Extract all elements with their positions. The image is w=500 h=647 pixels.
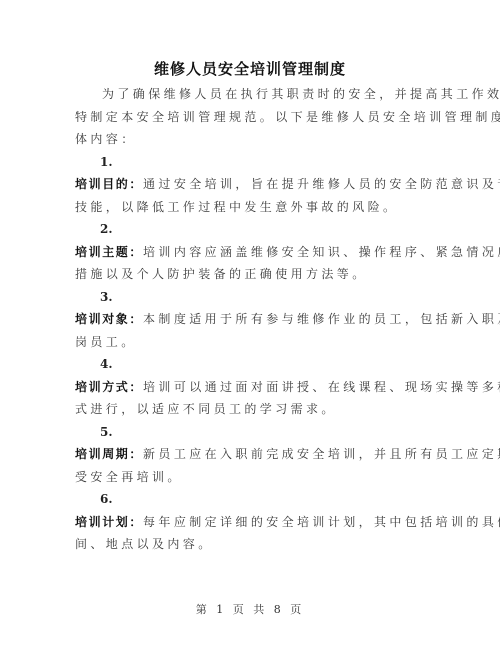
section-label: 培训对象： <box>75 312 143 326</box>
section-text: 岗员工。 <box>75 331 420 354</box>
section-text: 式进行，以适应不同员工的学习需求。 <box>75 398 420 421</box>
section-number: 6. <box>75 488 420 511</box>
section-3: 3. 培训对象：本制度适用于所有参与维修作业的员工，包括新入职及在 岗员工。 <box>75 286 420 354</box>
section-label: 培训主题： <box>75 245 143 259</box>
section-text: 技能，以降低工作过程中发生意外事故的风险。 <box>75 196 420 219</box>
section-label: 培训目的： <box>75 177 143 191</box>
section-2: 2. 培训主题：培训内容应涵盖维修安全知识、操作程序、紧急情况应对 措施以及个人… <box>75 218 420 286</box>
section-text: 通过安全培训，旨在提升维修人员的安全防范意识及专业 <box>143 177 500 191</box>
section-5: 5. 培训周期：新员工应在入职前完成安全培训，并且所有员工应定期接 受安全再培训… <box>75 421 420 489</box>
section-text: 间、地点以及内容。 <box>75 533 420 556</box>
document-title: 维修人员安全培训管理制度 <box>0 58 500 79</box>
intro-line: 体内容： <box>75 128 420 151</box>
section-label: 培训计划： <box>75 515 143 529</box>
document-body: 为了确保维修人员在执行其职责时的安全，并提高其工作效率， 特制定本安全培训管理规… <box>75 83 420 556</box>
section-label: 培训周期： <box>75 447 143 461</box>
section-text: 措施以及个人防护装备的正确使用方法等。 <box>75 263 420 286</box>
page-footer: 第 1 页 共 8 页 <box>0 601 500 617</box>
intro-line: 特制定本安全培训管理规范。以下是维修人员安全培训管理制度的具 <box>75 106 420 129</box>
document-page: 维修人员安全培训管理制度 为了确保维修人员在执行其职责时的安全，并提高其工作效率… <box>0 0 500 647</box>
section-label: 培训方式： <box>75 380 143 394</box>
section-number: 1. <box>75 151 420 174</box>
section-text: 本制度适用于所有参与维修作业的员工，包括新入职及在 <box>143 312 500 326</box>
section-text: 每年应制定详细的安全培训计划，其中包括培训的具体时 <box>143 515 500 529</box>
section-6: 6. 培训计划：每年应制定详细的安全培训计划，其中包括培训的具体时 间、地点以及… <box>75 488 420 556</box>
section-number: 5. <box>75 421 420 444</box>
section-number: 2. <box>75 218 420 241</box>
section-1: 1. 培训目的：通过安全培训，旨在提升维修人员的安全防范意识及专业 技能，以降低… <box>75 151 420 219</box>
section-4: 4. 培训方式：培训可以通过面对面讲授、在线课程、现场实操等多种方 式进行，以适… <box>75 353 420 421</box>
section-text: 受安全再培训。 <box>75 466 420 489</box>
intro-line: 为了确保维修人员在执行其职责时的安全，并提高其工作效率， <box>75 83 420 106</box>
section-number: 4. <box>75 353 420 376</box>
section-text: 培训内容应涵盖维修安全知识、操作程序、紧急情况应对 <box>143 245 500 259</box>
section-text: 新员工应在入职前完成安全培训，并且所有员工应定期接 <box>143 447 500 461</box>
section-text: 培训可以通过面对面讲授、在线课程、现场实操等多种方 <box>143 380 500 394</box>
section-number: 3. <box>75 286 420 309</box>
